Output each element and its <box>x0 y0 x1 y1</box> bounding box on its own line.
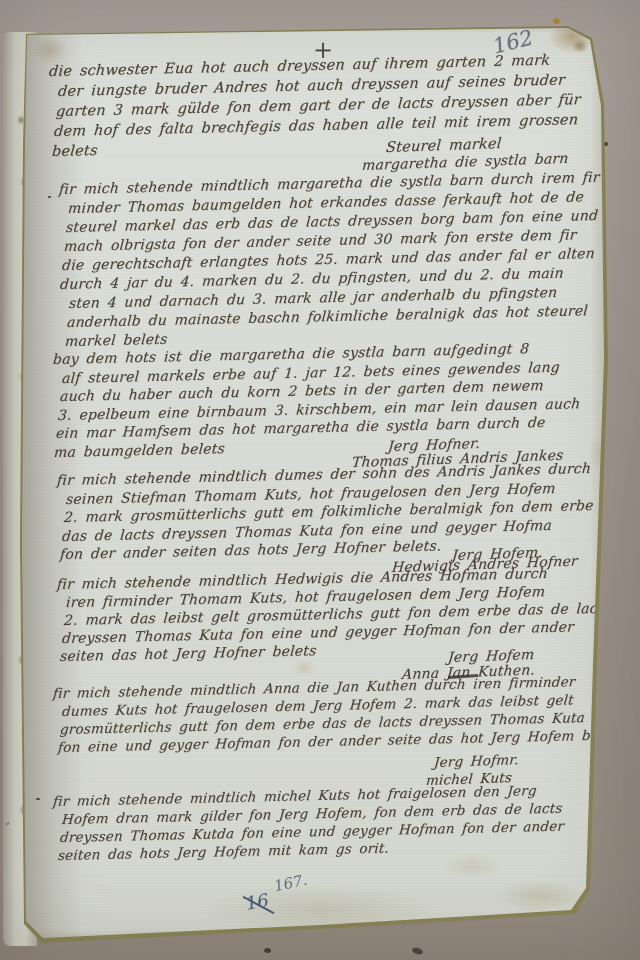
manuscript-line: ma baumgelden belets <box>53 441 225 461</box>
manuscript-text-layer: die schwester Eua hot auch dreyssen auf … <box>20 24 610 944</box>
book-page: + 162 die schwester Eua hot auch dreysse… <box>20 24 610 944</box>
signature-line: Jerg Hofmr. <box>433 752 519 771</box>
manuscript-photo: „ + 162 die schwester Eua hot auch dreys… <box>0 0 640 960</box>
margin-ink-dot <box>36 798 40 800</box>
backdrop-speck-yellow <box>553 18 560 24</box>
manuscript-line: seiten das hot Jerg Hofner belets <box>59 643 317 665</box>
manuscript-line: markel belets <box>64 332 168 350</box>
manuscript-line: belets <box>51 143 98 160</box>
margin-ink-dot <box>48 196 51 198</box>
backdrop-speck <box>264 948 271 953</box>
